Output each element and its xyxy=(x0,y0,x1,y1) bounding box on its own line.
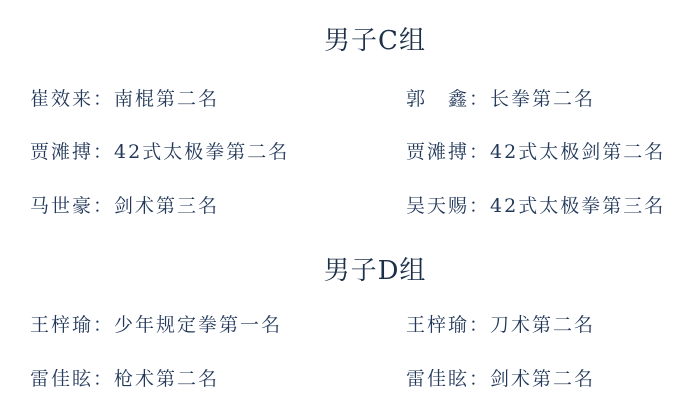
award-entry: 贾滩搏：42式太极剑第二名 xyxy=(406,137,665,164)
separator: ： xyxy=(93,141,114,163)
separator: ： xyxy=(93,368,114,390)
athlete-name: 吴天赐 xyxy=(406,191,469,218)
award-result: 刀术第二名 xyxy=(490,314,595,336)
separator: ： xyxy=(469,195,490,217)
award-result: 42式太极拳第二名 xyxy=(114,141,289,163)
athlete-name: 郭 鑫 xyxy=(406,84,469,111)
separator: ： xyxy=(469,368,490,390)
award-result: 42式太极剑第二名 xyxy=(490,141,665,163)
award-result: 枪术第二名 xyxy=(114,368,219,390)
athlete-name: 贾滩搏 xyxy=(30,137,93,164)
separator: ： xyxy=(469,141,490,163)
award-result: 长拳第二名 xyxy=(490,88,595,110)
award-result: 少年规定拳第一名 xyxy=(114,314,282,336)
athlete-name: 王梓瑜 xyxy=(406,310,469,337)
athlete-name: 雷佳眩 xyxy=(30,364,93,391)
award-entry: 马世豪：剑术第三名 xyxy=(30,191,219,218)
award-entry: 贾滩搏：42式太极拳第二名 xyxy=(30,137,289,164)
award-entry: 雷佳眩：枪术第二名 xyxy=(30,364,219,391)
separator: ： xyxy=(469,88,490,110)
separator: ： xyxy=(469,314,490,336)
group-title-d: 男子D组 xyxy=(0,250,700,287)
award-result: 剑术第二名 xyxy=(490,368,595,390)
award-entry: 雷佳眩：剑术第二名 xyxy=(406,364,595,391)
athlete-name: 马世豪 xyxy=(30,191,93,218)
separator: ： xyxy=(93,195,114,217)
athlete-name: 崔效来 xyxy=(30,84,93,111)
award-entry: 崔效来：南棍第二名 xyxy=(30,84,219,111)
award-entry: 郭 鑫：长拳第二名 xyxy=(406,84,595,111)
award-entry: 王梓瑜：少年规定拳第一名 xyxy=(30,310,282,337)
separator: ： xyxy=(93,88,114,110)
separator: ： xyxy=(93,314,114,336)
award-result: 42式太极拳第三名 xyxy=(490,195,665,217)
award-result: 剑术第三名 xyxy=(114,195,219,217)
award-entry: 王梓瑜：刀术第二名 xyxy=(406,310,595,337)
athlete-name: 贾滩搏 xyxy=(406,137,469,164)
athlete-name: 雷佳眩 xyxy=(406,364,469,391)
athlete-name: 王梓瑜 xyxy=(30,310,93,337)
award-result: 南棍第二名 xyxy=(114,88,219,110)
group-title-c: 男子C组 xyxy=(0,20,700,57)
award-entry: 吴天赐：42式太极拳第三名 xyxy=(406,191,665,218)
